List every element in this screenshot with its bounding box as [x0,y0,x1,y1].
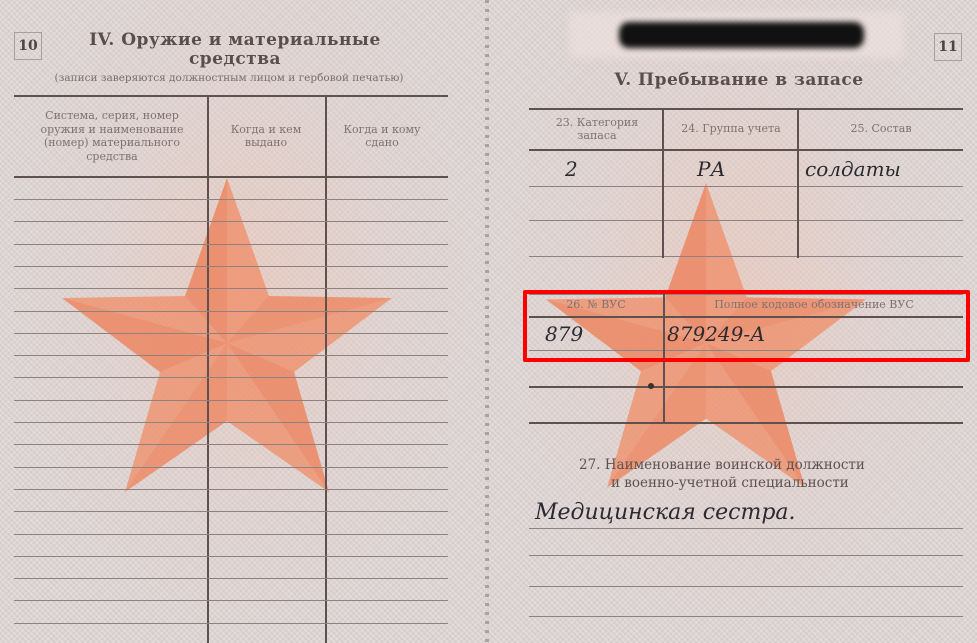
ruled-line [14,511,448,512]
ruled-line [14,311,448,312]
vus-highlight-box [523,290,970,362]
field-27-value: Медицинская сестра. [535,500,796,525]
book-spine [485,0,489,643]
ruled-line [14,422,448,423]
ruled-line [529,528,963,529]
header-reserve-category: 23. Категория запаса [537,112,657,146]
column-header-weapon: Система, серия, номер оружия и наименова… [28,100,196,172]
section-subtitle: (записи заверяются должностным лицом и г… [14,72,444,84]
value-accounting-group: РА [697,157,726,181]
section-title-line1: IV. Оружие и материальные [40,31,430,50]
ruled-line [14,400,448,401]
page-number: 10 [14,32,42,60]
ruled-line [14,578,448,579]
ink-dot [648,383,654,389]
ruled-line [529,422,963,424]
field-27-label-line2: и военно-учетной специальности [579,474,865,492]
redacted-name [619,22,864,48]
ruled-line [529,586,963,587]
field-27-label: 27. Наименование воинской должности и во… [579,456,865,492]
value-composition: солдаты [805,157,901,181]
right-page: 11 V. Пребывание в запасе 23. Категория … [489,0,977,643]
column-divider [207,95,209,643]
header-composition: 25. Состав [801,112,961,146]
value-reserve-category: 2 [565,157,578,181]
page-number: 11 [934,33,962,61]
ruled-line [14,377,448,378]
ruled-line [529,386,963,388]
reserve-table-header-rule [529,149,963,151]
section-title: V. Пребывание в запасе [529,71,949,90]
ruled-line [529,220,963,221]
field-27-label-line1: 27. Наименование воинской должности [579,456,865,474]
ruled-line [529,256,963,257]
ruled-line [14,489,448,490]
ruled-line [14,600,448,601]
header-accounting-group: 24. Группа учета [667,112,795,146]
section-title-line2: средства [40,50,430,69]
table-top-rule [14,95,448,97]
column-header-returned: Когда и кому сдано [342,100,422,172]
ruled-line [14,199,448,200]
ruled-line [529,555,963,556]
ruled-line [14,333,448,334]
ruled-line [14,556,448,557]
ruled-line [14,623,448,624]
column-divider [325,95,327,643]
ruled-line [14,221,448,222]
column-divider [797,108,799,258]
column-divider [662,108,664,258]
ruled-line [14,266,448,267]
ruled-line [14,444,448,445]
reserve-table-top-rule [529,108,963,110]
ruled-line [14,534,448,535]
left-page: 10 IV. Оружие и материальные средства (з… [0,0,487,643]
ruled-line [14,467,448,468]
table-header-rule [14,176,448,178]
ruled-line [529,616,963,617]
section-title: IV. Оружие и материальные средства [40,31,430,69]
column-header-issued: Когда и кем выдано [226,100,306,172]
ruled-line [529,186,963,187]
ruled-line [14,244,448,245]
ruled-line [14,355,448,356]
ruled-line [14,288,448,289]
